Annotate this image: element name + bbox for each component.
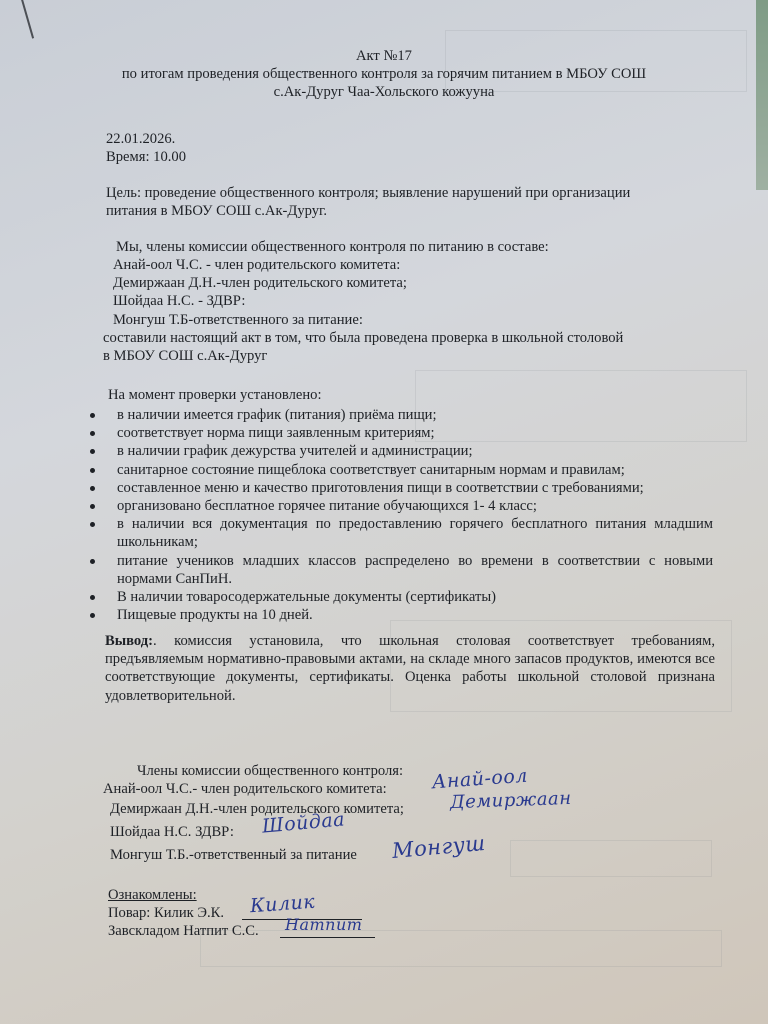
handwritten-signature: Шойдаа (261, 810, 345, 835)
finding-item: организовано бесплатное горячее питание … (93, 497, 713, 515)
conclusion-label: Вывод: (105, 633, 153, 649)
finding-item: в наличии имеется график (питания) приём… (93, 406, 713, 424)
finding-item: в наличии вся документация по предоставл… (93, 515, 713, 551)
handwritten-signature: Натпит (285, 916, 362, 934)
signatory-label: Анай-оол Ч.С.- член родительского комите… (103, 780, 387, 798)
acknowledged-label: Повар: Килик Э.К. (108, 904, 224, 922)
commission-member: Демиржаан Д.Н.-член родительского комите… (113, 274, 407, 292)
handwritten-signature: Килик (249, 893, 315, 915)
signature-line (280, 937, 375, 938)
signatory-label: Шойдаа Н.С. ЗДВР: (110, 823, 234, 841)
findings-title: На момент проверки установлено: (108, 386, 322, 404)
acknowledged-title: Ознакомлены: (108, 886, 197, 904)
signatory-label: Монгуш Т.Б.-ответственный за питание (110, 846, 357, 864)
finding-item: составленное меню и качество приготовлен… (93, 479, 713, 497)
act-date: 22.01.2026. (106, 130, 175, 148)
acknowledged-label: Завскладом Натпит С.С. (108, 922, 259, 940)
handwritten-signature: Анай-оол (431, 767, 528, 792)
document-subtitle: по итогам проведения общественного контр… (0, 65, 768, 83)
act-statement: в МБОУ СОШ с.Ак-Дуруг (103, 347, 267, 365)
document-subtitle: с.Ак-Дуруг Чаа-Хольского кожууна (0, 83, 768, 101)
finding-item: в наличии график дежурства учителей и ад… (93, 442, 713, 460)
goal-text: питания в МБОУ СОШ с.Ак-Дуруг. (106, 202, 327, 220)
findings-list: в наличии имеется график (питания) приём… (93, 406, 713, 624)
conclusion-text: . комиссия установила, что школьная стол… (105, 633, 715, 704)
act-statement: составили настоящий акт в том, что была … (103, 329, 623, 347)
goal-text: Цель: проведение общественного контроля;… (106, 184, 630, 202)
commission-member: Шойдаа Н.С. - ЗДВР: (113, 292, 245, 310)
document-title: Акт №17 (0, 47, 768, 65)
commission-member: Монгуш Т.Б-ответственного за питание: (113, 311, 363, 329)
signatures-title: Члены комиссии общественного контроля: (137, 762, 403, 780)
signatory-label: Демиржаан Д.Н.-член родительского комите… (110, 800, 404, 818)
act-time: Время: 10.00 (106, 148, 186, 166)
commission-member: Анай-оол Ч.С. - член родительского комит… (113, 256, 400, 274)
finding-item: В наличии товаросодержательные документы… (93, 588, 713, 606)
finding-item: питание учеников младших классов распред… (93, 552, 713, 588)
finding-item: соответствует норма пищи заявленным крит… (93, 424, 713, 442)
conclusion-paragraph: Вывод:. комиссия установила, что школьна… (105, 632, 715, 705)
handwritten-signature: Демиржаан (450, 790, 572, 812)
commission-intro: Мы, члены комиссии общественного контрол… (116, 238, 549, 256)
document-page: Акт №17 по итогам проведения общественно… (0, 0, 768, 1024)
finding-item: санитарное состояние пищеблока соответст… (93, 461, 713, 479)
handwritten-signature: Монгуш (391, 834, 486, 860)
finding-item: Пищевые продукты на 10 дней. (93, 606, 713, 624)
